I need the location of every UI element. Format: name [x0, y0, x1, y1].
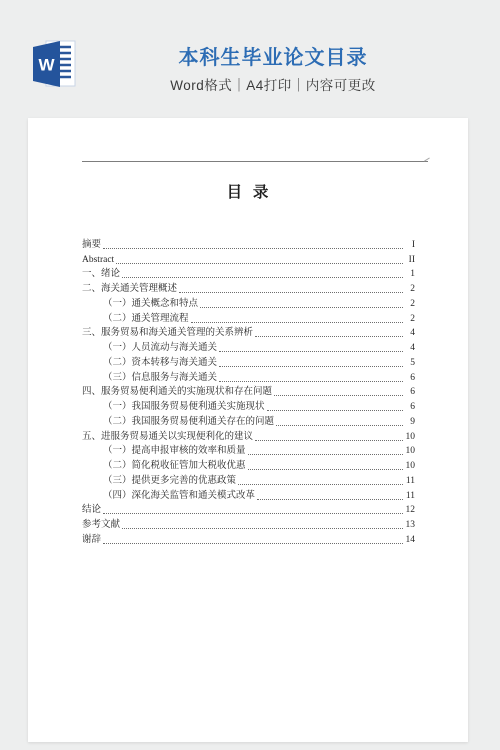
toc-entry-label: （三）提供更多完善的优惠政策	[103, 476, 236, 487]
template-subtitle: Word格式｜A4打印｜内容可更改	[46, 77, 500, 95]
toc-leader-dots	[122, 528, 403, 529]
toc-entry-label: （二）通关管理流程	[103, 314, 189, 325]
toc-page-number: 2	[405, 284, 415, 295]
toc-leader-dots	[191, 322, 403, 323]
toc-leader-dots	[248, 454, 403, 455]
toc-entry: 一、绪论 1	[82, 266, 415, 281]
toc-entry-label: （一）提高申报审核的效率和质量	[103, 446, 246, 457]
toc-entry-label: 谢辞	[82, 535, 101, 546]
toc-entry: （三）信息服务与海关通关 6	[82, 369, 415, 384]
toc-entry-label: （三）信息服务与海关通关	[103, 373, 217, 384]
toc-page-number: II	[405, 255, 415, 266]
header: W 本科生毕业论文目录 Word格式｜A4打印｜内容可更改	[0, 0, 500, 118]
toc-leader-dots	[116, 263, 403, 264]
toc-page-number: 6	[405, 402, 415, 413]
toc-entry-label: （一）通关概念和特点	[103, 299, 198, 310]
toc-page-number: 6	[405, 387, 415, 398]
toc-entry-label: （二）资本转移与海关通关	[103, 358, 217, 369]
document-page: 目 录 摘要 I Abstract II 一、绪论 1 二、海关通关管理概述 2…	[28, 118, 468, 742]
toc-entry-label: （二）简化税收征管加大税收优惠	[103, 461, 246, 472]
toc-entry: （二）简化税收征管加大税收优惠 10	[82, 457, 415, 472]
toc-entry: （四）深化海关监管和通关模式改革 11	[82, 487, 415, 502]
toc-entry: 摘要 I	[82, 236, 415, 251]
toc-page-number: 13	[405, 520, 415, 531]
toc-entry-label: 三、服务贸易和海关通关管理的关系辨析	[82, 328, 253, 339]
toc-entry-label: 参考文献	[82, 520, 120, 531]
toc-entry-label: （一）人员流动与海关通关	[103, 343, 217, 354]
toc-page-number: 11	[405, 476, 415, 487]
toc-entry: （一）人员流动与海关通关 4	[82, 339, 415, 354]
toc-entry: （一）通关概念和特点 2	[82, 295, 415, 310]
toc-entry-label: 五、进服务贸易通关以实现便利化的建议	[82, 432, 253, 443]
toc-heading: 目 录	[28, 180, 468, 202]
toc-leader-dots	[248, 469, 403, 470]
toc-entry: 谢辞 14	[82, 531, 415, 546]
toc-entry: 参考文献 13	[82, 516, 415, 531]
toc-leader-dots	[219, 381, 403, 382]
toc-entry: （一）我国服务贸易便利通关实施现状 6	[82, 398, 415, 413]
toc-entry: （二）通关管理流程 2	[82, 310, 415, 325]
toc-page-number: 6	[405, 373, 415, 384]
toc-entry: （二）资本转移与海关通关 5	[82, 354, 415, 369]
toc-page-number: 4	[405, 343, 415, 354]
toc-entry: （三）提供更多完善的优惠政策 11	[82, 472, 415, 487]
toc-leader-dots	[103, 543, 403, 544]
toc-entry-label: Abstract	[82, 255, 114, 266]
toc-page-number: 10	[405, 446, 415, 457]
toc-entry: （二）我国服务贸易便利通关存在的问题 9	[82, 413, 415, 428]
toc-page-number: 10	[405, 461, 415, 472]
toc-page-number: 11	[405, 491, 415, 502]
toc-entry-label: 四、服务贸易便利通关的实施现状和存在问题	[82, 387, 272, 398]
toc-leader-dots	[257, 499, 403, 500]
toc-entry-label: 一、绪论	[82, 269, 120, 280]
toc-entry-label: 结论	[82, 505, 101, 516]
template-title: 本科生毕业论文目录	[46, 44, 500, 72]
toc-leader-dots	[276, 425, 403, 426]
toc-page-number: I	[405, 240, 415, 251]
toc-page-number: 5	[405, 358, 415, 369]
toc-page-number: 1	[405, 269, 415, 280]
toc-entry: 五、进服务贸易通关以实现便利化的建议 10	[82, 428, 415, 443]
toc-page-number: 2	[405, 314, 415, 325]
toc-leader-dots	[219, 366, 403, 367]
toc-entry: 三、服务贸易和海关通关管理的关系辨析 4	[82, 325, 415, 340]
toc-leader-dots	[103, 513, 403, 514]
toc-leader-dots	[267, 410, 403, 411]
toc-entry: 结论 12	[82, 502, 415, 517]
toc-list: 摘要 I Abstract II 一、绪论 1 二、海关通关管理概述 2 （一）…	[82, 236, 415, 546]
toc-leader-dots	[238, 484, 403, 485]
toc-leader-dots	[103, 248, 403, 249]
toc-entry-label: （二）我国服务贸易便利通关存在的问题	[103, 417, 274, 428]
toc-leader-dots	[274, 395, 403, 396]
toc-entry: （一）提高申报审核的效率和质量 10	[82, 443, 415, 458]
toc-entry-label: （四）深化海关监管和通关模式改革	[103, 491, 255, 502]
toc-leader-dots	[122, 277, 403, 278]
toc-page-number: 2	[405, 299, 415, 310]
toc-page-number: 4	[405, 328, 415, 339]
toc-entry-label: 摘要	[82, 240, 101, 251]
toc-entry: 四、服务贸易便利通关的实施现状和存在问题 6	[82, 384, 415, 399]
toc-leader-dots	[255, 440, 403, 441]
toc-leader-dots	[179, 292, 403, 293]
toc-page-number: 12	[405, 505, 415, 516]
toc-leader-dots	[200, 307, 403, 308]
toc-entry: 二、海关通关管理概述 2	[82, 280, 415, 295]
toc-leader-dots	[219, 351, 403, 352]
toc-page-number: 9	[405, 417, 415, 428]
header-text: 本科生毕业论文目录 Word格式｜A4打印｜内容可更改	[46, 44, 500, 95]
toc-leader-dots	[255, 336, 403, 337]
toc-top-rule	[82, 161, 428, 162]
toc-page-number: 10	[405, 432, 415, 443]
toc-entry-label: 二、海关通关管理概述	[82, 284, 177, 295]
toc-entry-label: （一）我国服务贸易便利通关实施现状	[103, 402, 265, 413]
toc-page-number: 14	[405, 535, 415, 546]
toc-entry: Abstract II	[82, 251, 415, 266]
